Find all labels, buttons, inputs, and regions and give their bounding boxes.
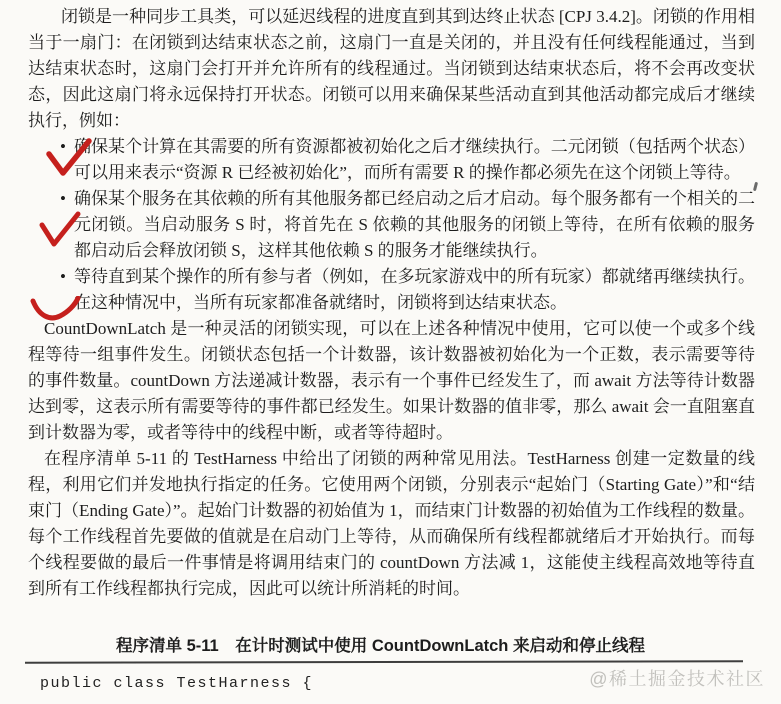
book-page: 闭锁是一种同步工具类，可以延迟线程的进度直到其到达终止状态 [CPJ 3.4.2… [0, 0, 781, 704]
listing-caption: 程序清单 5-11 在计时测试中使用 CountDownLatch 来启动和停止… [20, 634, 741, 658]
list-item-text: 确保某个服务在其依赖的所有其他服务都已经启动之后才启动。每个服务都有一个相关的二… [74, 189, 755, 260]
body-text: 闭锁是一种同步工具类，可以延迟线程的进度直到其到达终止状态 [CPJ 3.4.2… [0, 0, 781, 602]
list-item: • 等待直到某个操作的所有参与者（例如，在多玩家游戏中的所有玩家）都就绪再继续执… [74, 264, 755, 316]
watermark: @稀土掘金技术社区 [589, 666, 765, 692]
paragraph-countdownlatch: CountDownLatch 是一种灵活的闭锁实现，可以在上述各种情况中使用，它… [28, 316, 755, 446]
bullet-icon: • [60, 186, 66, 212]
list-item-text: 确保某个计算在其需要的所有资源都被初始化之后才继续执行。二元闭锁（包括两个状态）… [74, 137, 755, 182]
list-item: • 确保某个计算在其需要的所有资源都被初始化之后才继续执行。二元闭锁（包括两个状… [74, 134, 755, 186]
paragraph-latch-intro: 闭锁是一种同步工具类，可以延迟线程的进度直到其到达终止状态 [CPJ 3.4.2… [28, 4, 755, 134]
bullet-icon: • [60, 264, 66, 290]
latch-use-case-list: • 确保某个计算在其需要的所有资源都被初始化之后才继续执行。二元闭锁（包括两个状… [28, 134, 755, 316]
caption-divider [25, 660, 743, 664]
bullet-icon: • [60, 134, 66, 160]
list-item-text: 等待直到某个操作的所有参与者（例如，在多玩家游戏中的所有玩家）都就绪再继续执行。… [74, 267, 755, 312]
list-item: • 确保某个服务在其依赖的所有其他服务都已经启动之后才启动。每个服务都有一个相关… [74, 186, 755, 264]
paragraph-testharness: 在程序清单 5-11 的 TestHarness 中给出了闭锁的两种常见用法。T… [28, 446, 755, 602]
